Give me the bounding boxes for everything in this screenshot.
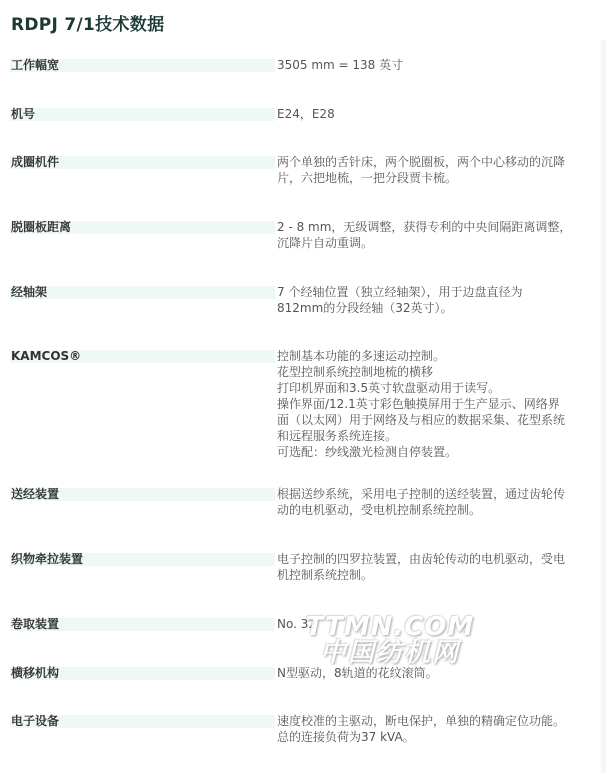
spec-label: 织物牵拉装置	[11, 551, 83, 567]
value-line: 两个单独的舌针床，两个脱圈板，两个中心移动的沉降	[277, 154, 577, 170]
value-line: 3505 mm = 138 英寸	[277, 57, 577, 73]
spec-value: E24，E28	[277, 106, 577, 122]
spec-label: 电子设备	[11, 713, 59, 729]
label-band	[10, 108, 275, 121]
value-line: 打印机界面和3.5英寸软盘驱动用于读写。	[277, 380, 577, 396]
spec-value: 控制基本功能的多速运动控制。 花型控制系统控制地梳的横移 打印机界面和3.5英寸…	[277, 348, 577, 460]
spec-label: KAMCOS®	[11, 348, 81, 364]
spec-value: 7 个经轴位置（独立经轴架），用于边盘直径为 812mm的分段经轴（32英寸）。	[277, 284, 577, 316]
page-title: RDPJ 7/1技术数据	[11, 10, 164, 35]
value-line: 和远程服务系统连接。	[277, 428, 577, 444]
spec-label: 机号	[11, 106, 35, 122]
value-line: 沉降片自动重调。	[277, 235, 577, 251]
value-line: 控制基本功能的多速运动控制。	[277, 348, 577, 364]
value-line: 面（以太网）用于网络及与相应的数据采集、花型系统	[277, 412, 577, 428]
value-line: N型驱动，8轨道的花纹滚筒。	[277, 665, 577, 681]
value-line: 电子控制的四罗拉装置，由齿轮传动的电机驱动，受电	[277, 551, 577, 567]
spec-value: 2 - 8 mm，无级调整，获得专利的中央间隔距离调整， 沉降片自动重调。	[277, 219, 577, 251]
spec-label: 经轴架	[11, 284, 47, 300]
scrollbar-track[interactable]	[601, 40, 606, 773]
value-line: 总的连接负荷为37 kVA。	[277, 729, 577, 745]
spec-label: 横移机构	[11, 665, 59, 681]
watermark-site-name: 中国纺机网	[295, 640, 485, 666]
spec-label: 卷取装置	[11, 616, 59, 632]
spec-value: 两个单独的舌针床，两个脱圈板，两个中心移动的沉降 片，六把地梳，一把分段贾卡梳。	[277, 154, 577, 186]
spec-value: 根据送纱系统，采用电子控制的送经装置，通过齿轮传 动的电机驱动，受电机控制系统控…	[277, 486, 577, 518]
value-line: 可选配：纱线激光检测自停装置。	[277, 444, 577, 460]
value-line: 812mm的分段经轴（32英寸）。	[277, 300, 577, 316]
value-line: 片，六把地梳，一把分段贾卡梳。	[277, 170, 577, 186]
value-line: 7 个经轴位置（独立经轴架），用于边盘直径为	[277, 284, 577, 300]
spec-value: 速度校准的主驱动，断电保护，单独的精确定位功能。 总的连接负荷为37 kVA。	[277, 713, 577, 745]
label-band	[10, 286, 275, 299]
spec-value: No. 32	[277, 616, 577, 632]
value-line: 动的电机驱动，受电机控制系统控制。	[277, 502, 577, 518]
value-line: 根据送纱系统，采用电子控制的送经装置，通过齿轮传	[277, 486, 577, 502]
spec-label: 脱圈板距离	[11, 219, 71, 235]
spec-value: 3505 mm = 138 英寸	[277, 57, 577, 73]
value-line: 操作界面/12.1英寸彩色触摸屏用于生产显示、网络界	[277, 396, 577, 412]
spec-label: 工作幅宽	[11, 57, 59, 73]
value-line: 2 - 8 mm，无级调整，获得专利的中央间隔距离调整，	[277, 219, 577, 235]
value-line: E24，E28	[277, 106, 577, 122]
value-line: No. 32	[277, 616, 577, 632]
value-line: 速度校准的主驱动，断电保护，单独的精确定位功能。	[277, 713, 577, 729]
spec-value: 电子控制的四罗拉装置，由齿轮传动的电机驱动，受电 机控制系统控制。	[277, 551, 577, 583]
value-line: 花型控制系统控制地梳的横移	[277, 364, 577, 380]
spec-label: 送经装置	[11, 486, 59, 502]
spec-value: N型驱动，8轨道的花纹滚筒。	[277, 665, 577, 681]
value-line: 机控制系统控制。	[277, 567, 577, 583]
spec-label: 成圈机件	[11, 154, 59, 170]
